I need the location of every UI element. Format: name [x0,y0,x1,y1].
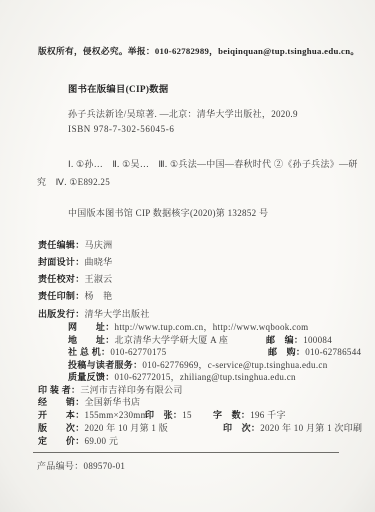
staff-label: 封面设计： [38,257,85,267]
cip-record-number: 中国版本图书馆 CIP 数据核字(2020)第 132852 号 [68,206,268,219]
cip-title-line: 孙子兵法新诠/吴琼著. —北京：清华大学出版社，2020.9 [68,107,298,120]
copyright-page: 版权所有，侵权必究。举报：010-62782989，beiqinquan@tup… [0,0,375,512]
reader-service-value: 010-62776969，c-service@tup.tsinghua.edu.… [142,360,327,370]
edition-value: 2020 年 10 月第 1 版 [85,423,169,433]
divider-line [33,452,339,453]
format-value: 155mm×230mm [85,410,148,420]
product-number-row: 产品编号：089570-01 [37,459,125,472]
word-count-pair: 字 数：196 千字 [213,408,286,421]
cip-classification-line-2: 究 Ⅳ. ①E892.25 [37,175,110,188]
staff-value: 马庆洲 [85,240,113,250]
address-value: 北京清华大学学研大厦 A 座 [115,335,229,345]
price-row: 定 价：69.00 元 [38,434,118,447]
staff-label: 责任印制： [38,291,85,301]
mail-order-value: 010-62786544 [305,347,361,357]
mail-order-pair: 邮 购：010-62786544 [268,345,361,358]
staff-value: 曲晓华 [85,257,113,267]
website-row: 网 址：http://www.tup.com.cn，http://www.wqb… [68,320,308,333]
impression-label: 印 次： [223,423,260,433]
isbn-line: ISBN 978-7-302-56045-6 [68,124,174,134]
zip-label: 邮 编： [266,335,303,345]
staff-row-print-supervisor: 责任印制：杨 艳 [38,289,112,302]
edition-row: 版 次：2020 年 10 月第 1 版 印 次：2020 年 10 月第 1 … [38,421,348,434]
mail-order-label: 邮 购： [268,347,305,357]
zip-value: 100084 [303,335,332,345]
quality-feedback-row: 质量反馈：010-62772015，zhiliang@tup.tsinghua.… [68,370,296,383]
publisher-row: 出版发行：清华大学出版社 [38,307,150,320]
edition-label: 版 次： [38,423,85,433]
quality-feedback-label: 质量反馈： [68,372,115,382]
price-label: 定 价： [38,436,85,446]
switchboard-row: 社 总 机：010-62770175 邮 购：010-62786544 [68,345,375,358]
staff-label: 责任校对： [38,274,85,284]
word-count-label: 字 数： [213,410,250,420]
staff-value: 杨 艳 [85,291,113,301]
staff-row-cover-design: 封面设计：曲晓华 [38,255,112,268]
publisher-value: 清华大学出版社 [85,309,150,319]
sheets-label: 印 张： [145,410,182,420]
format-label: 开 本： [38,410,85,420]
staff-value: 王淑云 [85,274,113,284]
switchboard-label: 社 总 机： [68,347,110,357]
sheets-value: 15 [182,410,192,420]
distributor-row: 经 销：全国新华书店 [38,395,140,408]
impression-pair: 印 次：2020 年 10 月第 1 次印刷 [223,421,362,434]
format-row: 开 本：155mm×230mm 印 张：15 字 数：196 千字 [38,408,348,421]
staff-row-editor: 责任编辑：马庆洲 [38,238,112,251]
distributor-label: 经 销： [38,397,85,407]
quality-feedback-value: 010-62772015，zhiliang@tup.tsinghua.edu.c… [115,372,296,382]
word-count-value: 196 千字 [250,410,286,420]
printer-label: 印 装 者： [38,385,80,395]
publisher-label: 出版发行： [38,309,85,319]
impression-value: 2020 年 10 月第 1 次印刷 [260,423,362,433]
product-number-value: 089570-01 [84,461,126,471]
sheets-pair: 印 张：15 [145,408,192,421]
website-label: 网 址： [68,322,115,332]
staff-row-proofreader: 责任校对：王淑云 [38,272,112,285]
website-value: http://www.tup.com.cn，http://www.wqbook.… [115,322,309,332]
product-number-label: 产品编号： [37,461,84,471]
copyright-notice: 版权所有，侵权必究。举报：010-62782989，beiqinquan@tup… [38,45,359,57]
distributor-value: 全国新华书店 [85,397,141,407]
printer-value: 三河市吉祥印务有限公司 [80,385,182,395]
address-label: 地 址： [68,335,115,345]
switchboard-value: 010-62770175 [110,347,166,357]
reader-service-label: 投稿与读者服务： [68,360,142,370]
staff-label: 责任编辑： [38,240,85,250]
cip-classification-line-1: Ⅰ. ①孙… Ⅱ. ①吴… Ⅲ. ①兵法—中国—春秋时代 ②《孙子兵法》—研 [68,157,358,170]
cip-header: 图书在版编目(CIP)数据 [68,81,168,95]
price-value: 69.00 元 [85,436,119,446]
